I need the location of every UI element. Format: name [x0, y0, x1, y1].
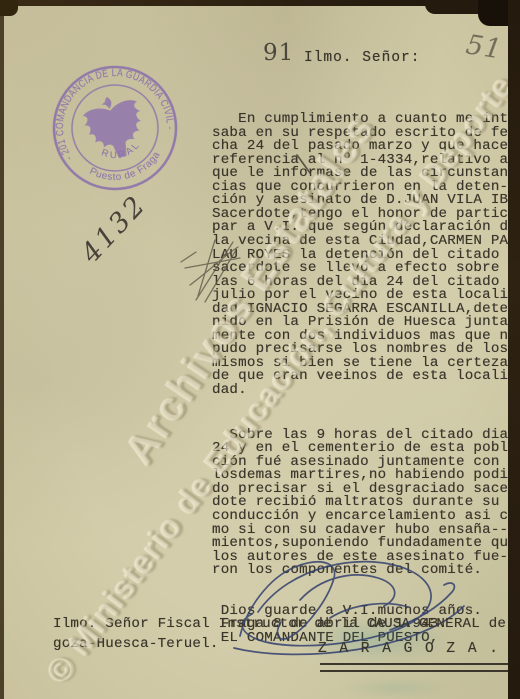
footer-city-underline — [320, 663, 512, 672]
footer-city: Z A R A G O Z A . — [318, 643, 500, 657]
paragraph-1: En cumplimiento a cuanto me interesaba e… — [212, 113, 520, 397]
paragraph-2: Sobre las 9 horas del citado dia24 y en … — [212, 429, 520, 578]
page-number: 91 — [263, 40, 294, 66]
scan-edge-left — [0, 0, 4, 699]
scan-corner-top-left — [0, 0, 18, 16]
scanned-document-page: - 201 COMANDANCIA DE LA GUARDIA CIVIL - … — [0, 0, 520, 699]
text-line: dad. — [212, 384, 520, 398]
text-line: de que eran veeinos de esta locali- — [212, 370, 520, 384]
letter-body: En cumplimiento a cuanto me interesaba e… — [212, 86, 520, 673]
salutation: Ilmo. Señor: — [304, 52, 420, 66]
text-line: Ilmo. Señor Fiscal Instructor de la CAUS… — [53, 614, 520, 634]
scan-edge-right — [508, 0, 520, 699]
handwritten-ref-number: 51 — [464, 29, 505, 65]
text-line: ron los componentes del comité. — [212, 564, 520, 578]
guardia-civil-stamp: - 201 COMANDANCIA DE LA GUARDIA CIVIL - … — [29, 42, 200, 213]
ink-smudge-small — [340, 678, 450, 698]
